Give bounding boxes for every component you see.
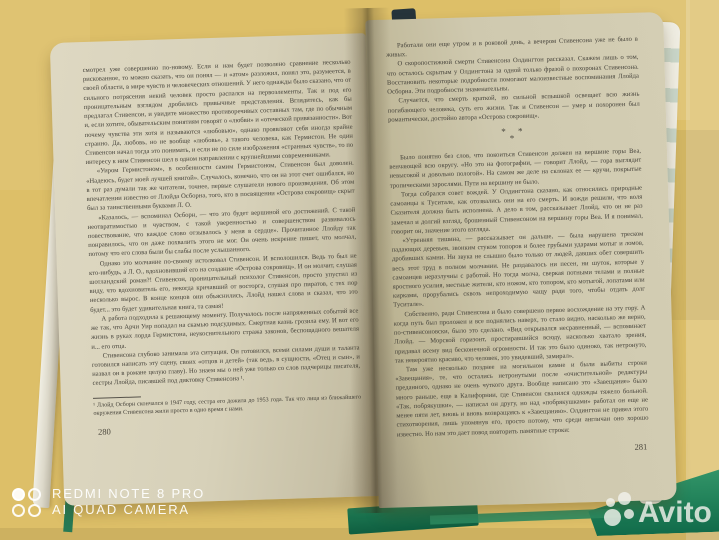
camera-watermark-line1: REDMI NOTE 8 PRO — [52, 486, 205, 502]
redmi-quad-camera-icon — [12, 488, 41, 517]
camera-watermark: REDMI NOTE 8 PRO AI QUAD CAMERA — [12, 486, 205, 518]
paragraph: Там уже несколько позднее на могильном к… — [395, 359, 649, 440]
paragraph: смотрел уже совершенно по-новому. Если и… — [83, 58, 354, 168]
avito-logo-icon — [604, 492, 636, 528]
paragraph: Тогда собрался совет вождей. У Олдингтон… — [390, 183, 643, 236]
avito-watermark: Avito — [604, 492, 712, 528]
avito-watermark-text: Avito — [638, 498, 712, 528]
section-separator: * * * — [388, 125, 640, 146]
camera-watermark-line2: AI QUAD CAMERA — [52, 502, 205, 518]
book-photo: { "palette": { "tablecloth": "#ddbf68", … — [0, 0, 719, 540]
left-page: смотрел уже совершенно по-новому. Если и… — [50, 33, 380, 506]
footnote-rule — [93, 396, 141, 399]
paragraph: Случается, что смерть краткой, но сильно… — [387, 90, 640, 125]
paragraph: «Казалось, — вспоминал Осборн, — что это… — [87, 205, 356, 259]
paragraph: Однако это молчание по-своему истолковал… — [89, 251, 359, 315]
page-number-left: 280 — [94, 419, 362, 437]
right-page: Работали они еще утром и в роковой день,… — [365, 12, 677, 508]
page-number-right: 281 — [397, 441, 649, 458]
paragraph: Стивенсона глубоко занимала эта ситуация… — [92, 343, 361, 388]
footnote-text: ¹ Ллойд Осборн скончался в 1947 году, се… — [93, 394, 361, 417]
footnote: ¹ Ллойд Осборн скончался в 1947 году, се… — [93, 389, 362, 418]
paragraph: «Утренняя тишина, — рассказывает он даль… — [391, 230, 645, 311]
left-page-text: смотрел уже совершенно по-новому. Если и… — [83, 58, 361, 389]
paragraph: Собственно, ради Стивенсона и было совер… — [393, 303, 646, 365]
right-page-text: Работали они еще утром и в роковой день,… — [386, 35, 649, 440]
